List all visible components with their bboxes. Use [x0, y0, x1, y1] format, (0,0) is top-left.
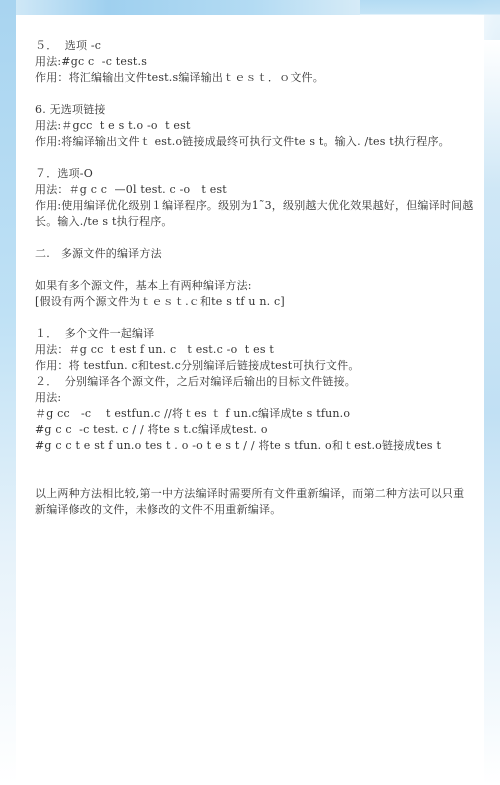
section-usage: 用法:#gc c -c test.s	[35, 54, 475, 70]
section-heading: ７．选项-O	[35, 166, 475, 182]
section-option-o: ７．选项-O 用法：＃g c c —0l test. c -o t est 作用…	[35, 166, 475, 230]
part2-assumption: [假设有两个源文件为ｔｅｓｔ.ｃ和te s tf u n. c]	[35, 294, 475, 310]
method-compile-separately: ２． 分别编译各个源文件，之后对编译后输出的目标文件链接。 用法: ＃g cc …	[35, 374, 475, 454]
command-line: #g c c -c test. c / / 将te s t.c编译成test. …	[35, 422, 475, 438]
section-effect: 作用:将编译输出文件ｔ est.o链接成最终可执行文件te s t。输入. /t…	[35, 134, 475, 150]
section-effect: 作用：将汇编输出文件test.s编译输出ｔｅｓｔ．ｏ文件。	[35, 70, 475, 86]
section-effect: 作用:使用编译优化级别１编译程序。级别为1˜3，级别越大优化效果越好，但编译时间…	[35, 198, 475, 230]
section-no-option-link: 6. 无选项链接 用法:＃gcc t e s t.o -o t est 作用:将…	[35, 102, 475, 150]
part2-title: 二. 多源文件的编译方法	[35, 246, 475, 262]
method-effect: 作用：将 testfun. c和test.c分别编译后链接成test可执行文件。	[35, 358, 475, 374]
watercolor-left-band	[0, 0, 16, 785]
method-heading: １． 多个文件一起编译	[35, 326, 475, 342]
conclusion-paragraph: 以上两种方法相比较,第一中方法编译时需要所有文件重新编译，而第二种方法可以只重新…	[35, 486, 475, 518]
section-heading: ５． 选项 -c	[35, 38, 475, 54]
section-usage: 用法：＃g c c —0l test. c -o t est	[35, 182, 475, 198]
method-usage: 用法：＃g cc t est f un. c t est.c -o t es t	[35, 342, 475, 358]
document-body: ５． 选项 -c 用法:#gc c -c test.s 作用：将汇编输出文件te…	[35, 38, 475, 518]
method-usage-label: 用法:	[35, 390, 475, 406]
watercolor-right-band	[484, 40, 500, 785]
section-usage: 用法:＃gcc t e s t.o -o t est	[35, 118, 475, 134]
section-option-c: ５． 选项 -c 用法:#gc c -c test.s 作用：将汇编输出文件te…	[35, 38, 475, 86]
command-line: #g c c t e st f un.o tes t . o -o t e s …	[35, 438, 475, 454]
watercolor-top-band	[0, 0, 360, 15]
method-compile-together: １． 多个文件一起编译 用法：＃g cc t est f un. c t est…	[35, 326, 475, 374]
section-heading: 6. 无选项链接	[35, 102, 475, 118]
part2-intro: 如果有多个源文件，基本上有两种编译方法:	[35, 278, 475, 294]
method-heading: ２． 分别编译各个源文件，之后对编译后输出的目标文件链接。	[35, 374, 475, 390]
command-line: ＃g cc -c t estfun.c //将ｔes ｔ f un.c编译成te…	[35, 406, 475, 422]
